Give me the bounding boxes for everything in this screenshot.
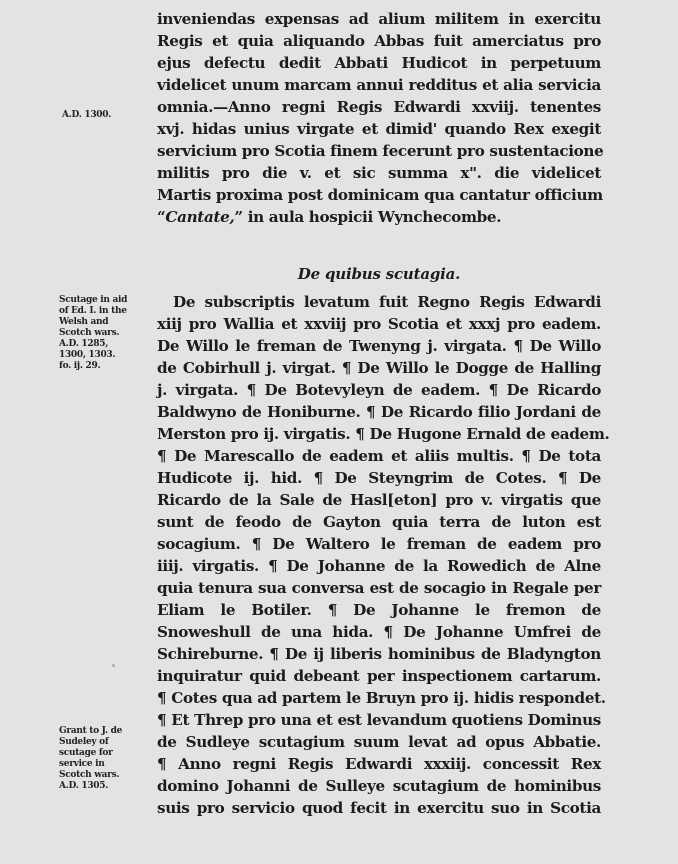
text-line: Hudicote ij. hid. ¶ De Steyngrim de Cote… [157,467,601,489]
text-line: sunt de feodo de Gayton quia terra de lu… [157,511,601,533]
text-line: inquiratur quid debeant per inspectionem… [157,665,601,687]
margin-note-line: 1300, 1303. [59,350,127,361]
text-line: Snoweshull de una hida. ¶ De Johanne Umf… [157,621,601,643]
text-line: j. virgata. ¶ De Botevyleyn de eadem. ¶ … [157,379,601,401]
margin-note-line: A.D. 1305. [59,781,122,792]
text-line: De subscriptis levatum fuit Regno Regis … [157,291,601,313]
margin-note-line: Scutage in aid [59,295,127,306]
margin-note-line: A.D. 1300. [62,110,111,121]
margin-note-line: Welsh and [59,317,127,328]
margin-note-line: Sudeley of [59,737,122,748]
paper-speck [112,664,115,667]
text-line: De Willo le freman de Twenyng j. virgata… [157,335,601,357]
margin-note-ad-1300: A.D. 1300. [62,110,111,121]
margin-note-line: scutage for [59,748,122,759]
document-page: inveniendas expensas ad alium militem in… [0,0,678,864]
text-line: de Cobirhull j. virgat. ¶ De Willo le Do… [157,357,601,379]
text-line: militis pro die v. et sic summa x". die … [157,162,601,184]
text-line: socagium. ¶ De Waltero le freman de eade… [157,533,601,555]
text-line: “Cantate,” in aula hospicii Wynchecombe. [157,206,601,228]
text-line: Schireburne. ¶ De ij liberis hominibus d… [157,643,601,665]
text-line: omnia.—Anno regni Regis Edwardi xxviij. … [157,96,601,118]
margin-note-line: Grant to J. de [59,726,122,737]
text-line: Ricardo de la Sale de Hasl[eton] pro v. … [157,489,601,511]
text-line: Regis et quia aliquando Abbas fuit amerc… [157,30,601,52]
text-line: ¶ Cotes qua ad partem le Bruyn pro ij. h… [157,687,601,709]
text-line: ¶ Et Threp pro una et est levandum quoti… [157,709,601,731]
margin-note-line: of Ed. I. in the [59,306,127,317]
margin-note-line: fo. ij. 29. [59,361,127,372]
text-line: ¶ Anno regni Regis Edwardi xxxiij. conce… [157,753,601,775]
text-line: de Sudleye scutagium suum levat ad opus … [157,731,601,753]
text-line: xvj. hidas unius virgate et dimid' quand… [157,118,601,140]
section-heading: De quibus scutagia. [157,263,601,285]
text-line: suis pro servicio quod fecit in exercitu… [157,797,601,819]
margin-note-grant-sudeley: Grant to J. de Sudeley of scutage for se… [59,726,122,792]
text-line: Eliam le Botiler. ¶ De Johanne le fremon… [157,599,601,621]
text-line: iiij. virgatis. ¶ De Johanne de la Rowed… [157,555,601,577]
margin-note-line: service in [59,759,122,770]
line-remainder: ” in aula hospicii Wynchecombe. [234,208,501,226]
text-line: quia tenura sua conversa est de socagio … [157,577,601,599]
text-line: Martis proxima post dominicam qua cantat… [157,184,601,206]
text-line: xiij pro Wallia et xxviij pro Scotia et … [157,313,601,335]
text-line: inveniendas expensas ad alium militem in… [157,8,601,30]
margin-note-line: Scotch wars. [59,770,122,781]
italic-term-cantate: Cantate, [165,208,234,226]
text-line: domino Johanni de Sulleye scutagium de h… [157,775,601,797]
margin-note-scutage-aid: Scutage in aid of Ed. I. in the Welsh an… [59,295,127,372]
text-line: videlicet unum marcam annui redditus et … [157,74,601,96]
text-line: Baldwyno de Honiburne. ¶ De Ricardo fili… [157,401,601,423]
text-line: ¶ De Marescallo de eadem et aliis multis… [157,445,601,467]
text-line: Merston pro ij. virgatis. ¶ De Hugone Er… [157,423,601,445]
text-line: ejus defectu dedit Abbati Hudicot in per… [157,52,601,74]
margin-note-line: Scotch wars. [59,328,127,339]
margin-note-line: A.D. 1285, [59,339,127,350]
text-line: servicium pro Scotia finem fecerunt pro … [157,140,601,162]
